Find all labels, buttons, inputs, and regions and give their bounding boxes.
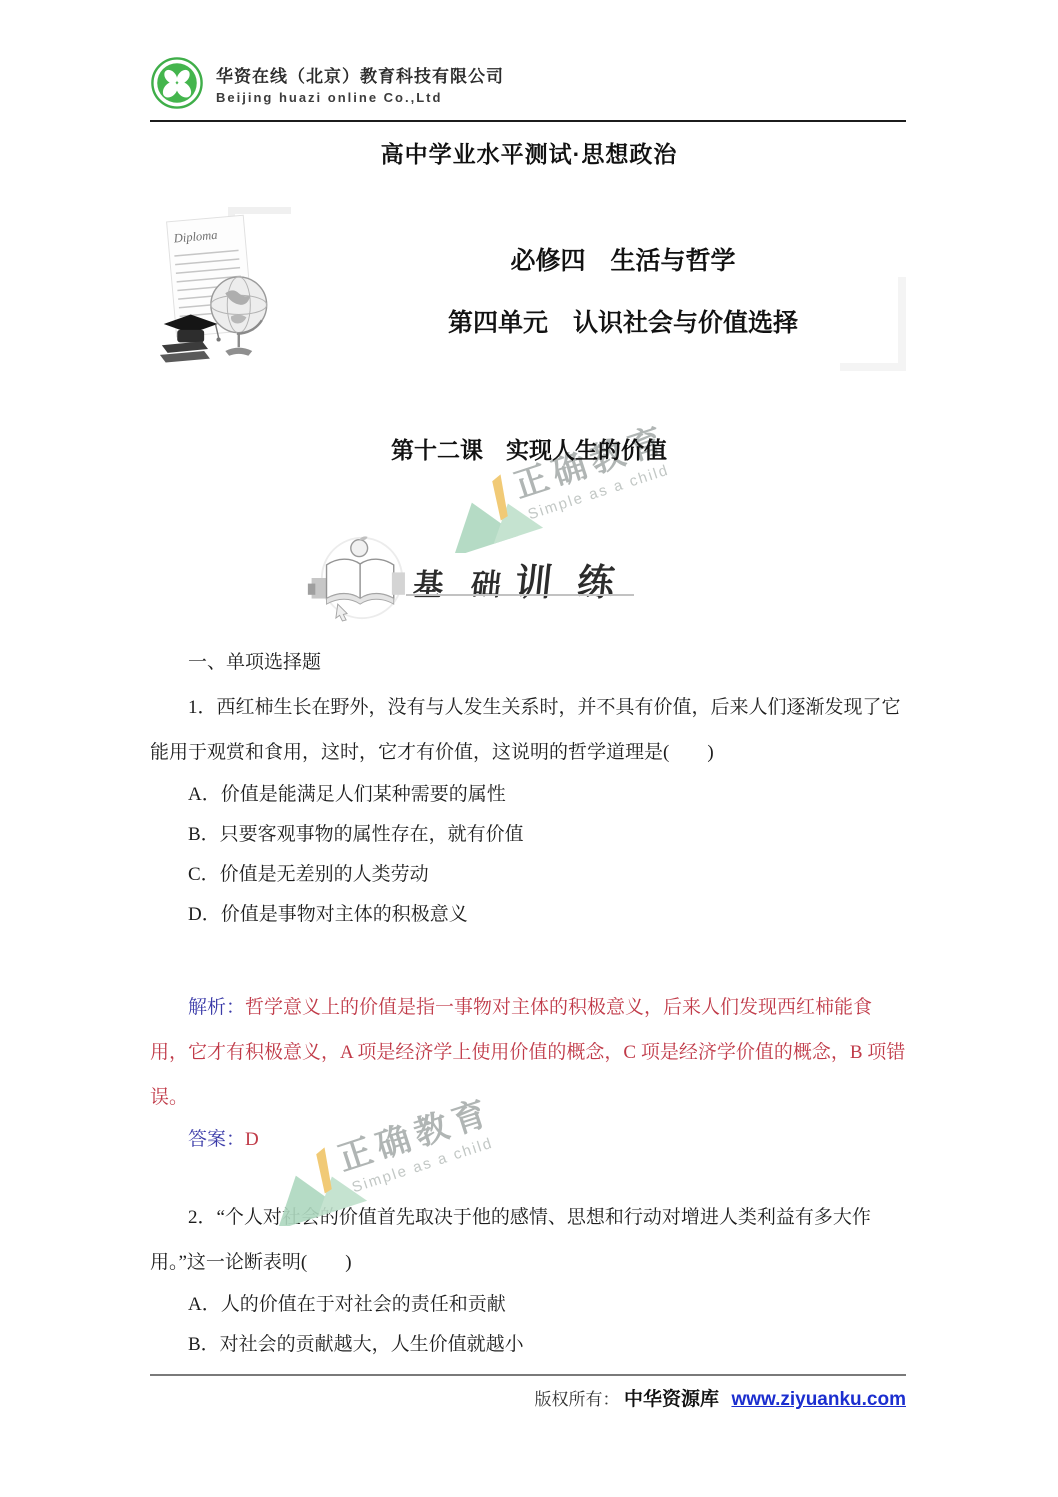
question-1-stem: 1．西红柿生长在野外，没有与人发生关系时，并不具有价值，后来人们逐渐发现了它能用… xyxy=(150,685,908,775)
quiz-content: 一、单项选择题 1．西红柿生长在野外，没有与人发生关系时，并不具有价值，后来人们… xyxy=(150,640,908,1365)
question-1-answer: 答案：D xyxy=(150,1120,908,1160)
question-1-option-c: C．价值是无差别的人类劳动 xyxy=(150,855,908,895)
copyright-owner: 中华资源库 xyxy=(624,1389,719,1410)
question-1-option-a: A．价值是能满足人们某种需要的属性 xyxy=(150,775,908,815)
unit-title: 第四单元 认识社会与价值选择 xyxy=(370,303,876,339)
cursor-icon xyxy=(336,604,347,621)
question-2-stem: 2．“个人对社会的价值首先取决于他的感情、思想和行动对增进人类利益有多大作用。”… xyxy=(150,1195,908,1285)
book-title: 必修四 生活与哲学 xyxy=(370,241,876,277)
footer-divider xyxy=(150,1374,906,1376)
company-name-en: Beijing huazi online Co.,Ltd xyxy=(216,90,504,105)
question-2-option-a: A．人的价值在于对社会的责任和贡献 xyxy=(150,1285,908,1325)
question-1-analysis: 解析：哲学意义上的价值是指一事物对主体的积极意义，后来人们发现西红柿能食用，它才… xyxy=(150,985,908,1120)
document-page: 华资在线（北京）教育科技有限公司 Beijing huazi online Co… xyxy=(0,0,1058,1497)
analysis-label: 解析： xyxy=(188,997,245,1018)
question-1-option-d: D．价值是事物对主体的积极意义 xyxy=(150,895,908,935)
company-name-cn: 华资在线（北京）教育科技有限公司 xyxy=(216,62,504,87)
site-link[interactable]: www.ziyuanku.com xyxy=(731,1389,906,1410)
watermark-slogan: Simple as a child xyxy=(526,462,671,524)
open-book-icon xyxy=(306,530,418,626)
question-2-option-b: B．对社会的贡献越大，人生价值就越小 xyxy=(150,1325,908,1365)
copyright-label: 版权所有： xyxy=(535,1390,620,1409)
banner-underline xyxy=(406,594,634,596)
company-name: 华资在线（北京）教育科技有限公司 Beijing huazi online Co… xyxy=(216,62,504,105)
banner-title-part2: 训 练 xyxy=(513,563,625,604)
answer-value: D xyxy=(245,1129,259,1150)
section-banner: 基 础 训 练 xyxy=(306,530,646,626)
banner-title-part1: 基 础 xyxy=(412,569,513,602)
unit-titles: 必修四 生活与哲学 第四单元 认识社会与价值选择 xyxy=(370,205,876,339)
footer: 版权所有： 中华资源库 www.ziyuanku.com xyxy=(535,1384,906,1411)
section-heading: 一、单项选择题 xyxy=(150,640,908,685)
header-divider xyxy=(150,120,906,122)
diploma-globe-illustration: Diploma xyxy=(158,207,283,369)
document-title: 高中学业水平测试·思想政治 xyxy=(0,136,1058,169)
company-logo-icon xyxy=(150,56,204,110)
question-1-option-b: B．只要客观事物的属性存在，就有价值 xyxy=(150,815,908,855)
banner-title: 基 础 训 练 xyxy=(411,552,625,606)
unit-header-block: Diploma xyxy=(150,205,906,375)
books-icon xyxy=(162,341,208,353)
answer-label: 答案： xyxy=(188,1129,245,1150)
analysis-text: 哲学意义上的价值是指一事物对主体的积极意义，后来人们发现西红柿能食用，它才有积极… xyxy=(150,997,905,1108)
header-brand: 华资在线（北京）教育科技有限公司 Beijing huazi online Co… xyxy=(150,56,504,110)
apple-icon xyxy=(351,540,368,557)
lesson-title: 第十二课 实现人生的价值 xyxy=(0,432,1058,465)
